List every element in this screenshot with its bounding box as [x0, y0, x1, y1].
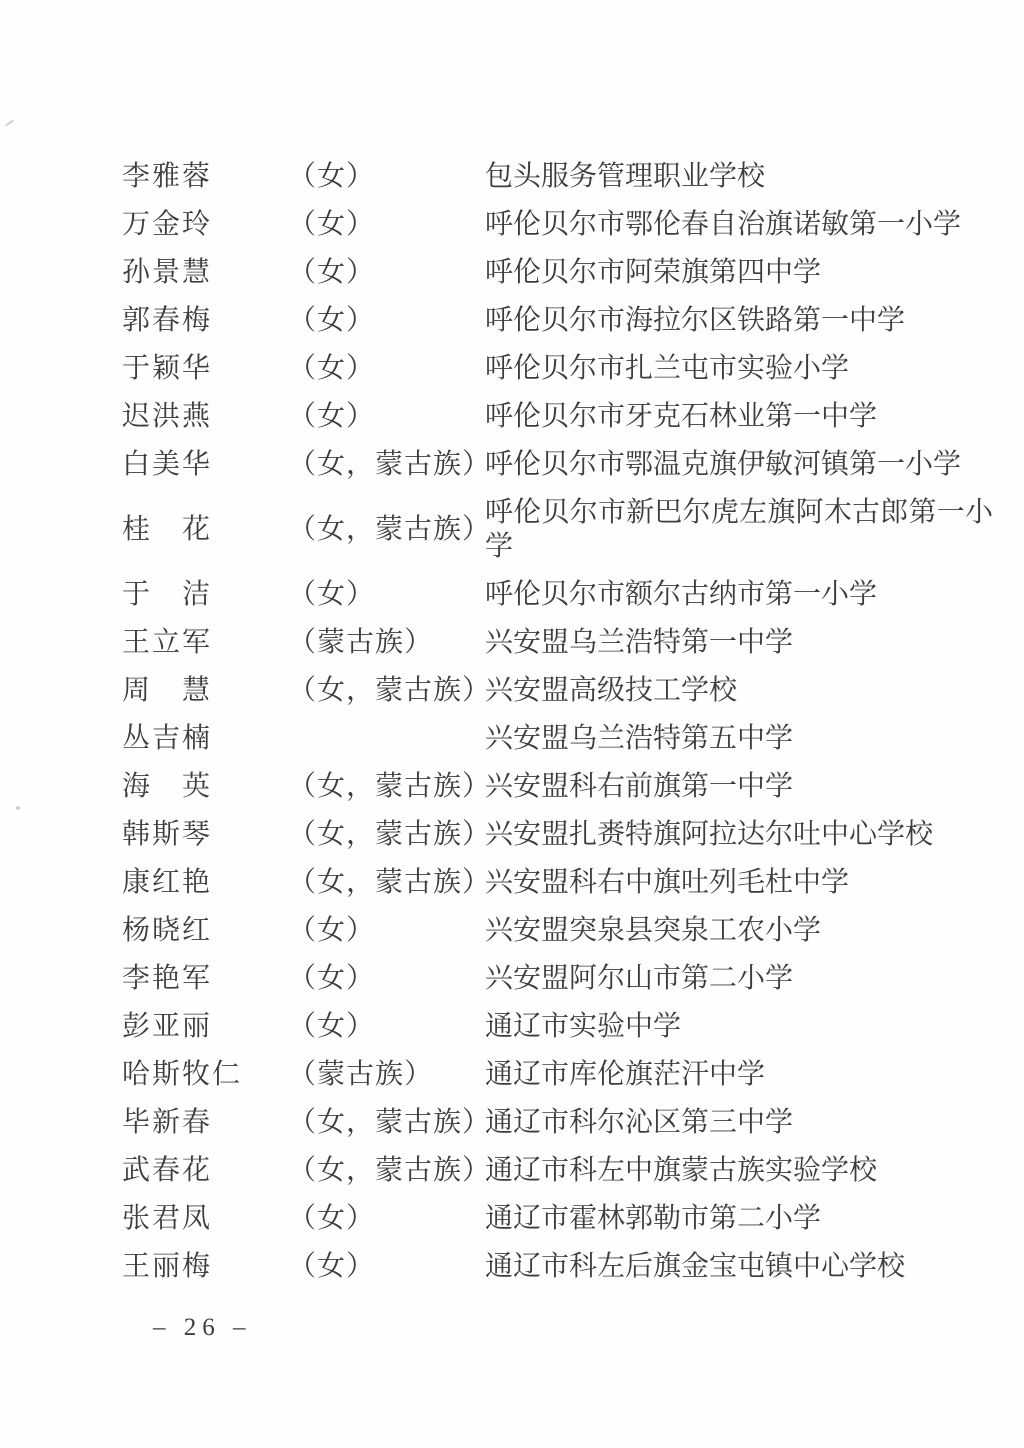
school-name: 呼伦贝尔市海拉尔区铁路第一中学 — [485, 304, 993, 338]
person-name: 张君凤 — [122, 1202, 288, 1236]
roster-row: 于颖华 （女） 呼伦贝尔市扎兰屯市实验小学 — [122, 352, 1008, 386]
school-name: 呼伦贝尔市扎兰屯市实验小学 — [485, 352, 993, 386]
roster-row: 白美华 （女，蒙古族） 呼伦贝尔市鄂温克旗伊敏河镇第一小学 — [122, 448, 1008, 482]
person-name: 杨晓红 — [122, 914, 288, 948]
gender-ethnicity-annotation: （女） — [288, 914, 485, 948]
person-name: 周 慧 — [122, 674, 288, 708]
school-name: 兴安盟乌兰浩特第五中学 — [485, 722, 993, 756]
person-name: 丛吉楠 — [122, 722, 288, 756]
school-name: 兴安盟乌兰浩特第一中学 — [485, 626, 993, 660]
roster-row: 于 洁 （女） 呼伦贝尔市额尔古纳市第一小学 — [122, 578, 1008, 612]
gender-ethnicity-annotation: （女，蒙古族） — [288, 448, 485, 482]
school-name: 通辽市科尔沁区第三中学 — [485, 1106, 993, 1140]
roster-row: 迟洪燕 （女） 呼伦贝尔市牙克石林业第一中学 — [122, 400, 1008, 434]
gender-ethnicity-annotation: （女，蒙古族） — [288, 770, 485, 804]
school-name: 通辽市霍林郭勒市第二小学 — [485, 1202, 993, 1236]
gender-ethnicity-annotation: （女，蒙古族） — [288, 1154, 485, 1188]
person-name: 武春花 — [122, 1154, 288, 1188]
gender-ethnicity-annotation: （女） — [288, 1250, 485, 1284]
roster-row: 丛吉楠 兴安盟乌兰浩特第五中学 — [122, 722, 1008, 756]
person-name: 于颖华 — [122, 352, 288, 386]
page-number: – 26 – — [153, 1314, 252, 1342]
roster-row: 张君凤 （女） 通辽市霍林郭勒市第二小学 — [122, 1202, 1008, 1236]
school-name: 兴安盟阿尔山市第二小学 — [485, 962, 993, 996]
gender-ethnicity-annotation: （女） — [288, 1202, 485, 1236]
person-name: 于 洁 — [122, 578, 288, 612]
roster-row: 王丽梅 （女） 通辽市科左后旗金宝屯镇中心学校 — [122, 1250, 1008, 1284]
school-name: 呼伦贝尔市额尔古纳市第一小学 — [485, 578, 993, 612]
school-name: 呼伦贝尔市牙克石林业第一中学 — [485, 400, 993, 434]
person-name: 海 英 — [122, 770, 288, 804]
roster-row: 彭亚丽 （女） 通辽市实验中学 — [122, 1010, 1008, 1044]
gender-ethnicity-annotation: （蒙古族） — [288, 626, 485, 660]
school-name: 通辽市库伦旗茫汗中学 — [485, 1058, 993, 1092]
gender-ethnicity-annotation: （女） — [288, 578, 485, 612]
person-name: 万金玲 — [122, 208, 288, 242]
person-name: 白美华 — [122, 448, 288, 482]
roster-row: 李艳军 （女） 兴安盟阿尔山市第二小学 — [122, 962, 1008, 996]
roster-row: 李雅蓉 （女） 包头服务管理职业学校 — [122, 160, 1008, 194]
roster-row: 哈斯牧仁 （蒙古族） 通辽市库伦旗茫汗中学 — [122, 1058, 1008, 1092]
gender-ethnicity-annotation: （女） — [288, 352, 485, 386]
gender-ethnicity-annotation: （女，蒙古族） — [288, 866, 485, 900]
gender-ethnicity-annotation: （女，蒙古族） — [288, 1106, 485, 1140]
gender-ethnicity-annotation: （女） — [288, 400, 485, 434]
gender-ethnicity-annotation: （女，蒙古族） — [288, 513, 485, 547]
roster-row: 海 英 （女，蒙古族） 兴安盟科右前旗第一中学 — [122, 770, 1008, 804]
person-name: 王立军 — [122, 626, 288, 660]
person-name: 李雅蓉 — [122, 160, 288, 194]
school-name: 包头服务管理职业学校 — [485, 160, 993, 194]
person-name: 迟洪燕 — [122, 400, 288, 434]
roster-row: 万金玲 （女） 呼伦贝尔市鄂伦春自治旗诺敏第一小学 — [122, 208, 1008, 242]
roster-list: 李雅蓉 （女） 包头服务管理职业学校 万金玲 （女） 呼伦贝尔市鄂伦春自治旗诺敏… — [122, 160, 1008, 1298]
roster-row: 孙景慧 （女） 呼伦贝尔市阿荣旗第四中学 — [122, 256, 1008, 290]
school-name: 通辽市实验中学 — [485, 1010, 993, 1044]
scan-artifact — [16, 806, 20, 810]
roster-row: 桂 花 （女，蒙古族） 呼伦贝尔市新巴尔虎左旗阿木古郎第一小学 — [122, 496, 1008, 564]
scanned-page: 李雅蓉 （女） 包头服务管理职业学校 万金玲 （女） 呼伦贝尔市鄂伦春自治旗诺敏… — [0, 0, 1024, 1448]
person-name: 郭春梅 — [122, 304, 288, 338]
school-name: 兴安盟扎赉特旗阿拉达尔吐中心学校 — [485, 818, 993, 852]
person-name: 李艳军 — [122, 962, 288, 996]
person-name: 毕新春 — [122, 1106, 288, 1140]
roster-row: 康红艳 （女，蒙古族） 兴安盟科右中旗吐列毛杜中学 — [122, 866, 1008, 900]
school-name: 呼伦贝尔市阿荣旗第四中学 — [485, 256, 993, 290]
gender-ethnicity-annotation: （女） — [288, 304, 485, 338]
gender-ethnicity-annotation: （蒙古族） — [288, 1058, 485, 1092]
school-name: 呼伦贝尔市鄂伦春自治旗诺敏第一小学 — [485, 208, 993, 242]
school-name: 通辽市科左后旗金宝屯镇中心学校 — [485, 1250, 993, 1284]
roster-row: 杨晓红 （女） 兴安盟突泉县突泉工农小学 — [122, 914, 1008, 948]
school-name: 通辽市科左中旗蒙古族实验学校 — [485, 1154, 993, 1188]
school-name: 兴安盟高级技工学校 — [485, 674, 993, 708]
gender-ethnicity-annotation: （女，蒙古族） — [288, 674, 485, 708]
roster-row: 武春花 （女，蒙古族） 通辽市科左中旗蒙古族实验学校 — [122, 1154, 1008, 1188]
gender-ethnicity-annotation: （女，蒙古族） — [288, 818, 485, 852]
gender-ethnicity-annotation: （女） — [288, 160, 485, 194]
person-name: 桂 花 — [122, 513, 288, 547]
person-name: 孙景慧 — [122, 256, 288, 290]
school-name: 呼伦贝尔市新巴尔虎左旗阿木古郎第一小学 — [485, 496, 993, 564]
school-name: 呼伦贝尔市鄂温克旗伊敏河镇第一小学 — [485, 448, 993, 482]
gender-ethnicity-annotation: （女） — [288, 962, 485, 996]
gender-ethnicity-annotation: （女） — [288, 256, 485, 290]
school-name: 兴安盟科右中旗吐列毛杜中学 — [485, 866, 993, 900]
roster-row: 韩斯琴 （女，蒙古族） 兴安盟扎赉特旗阿拉达尔吐中心学校 — [122, 818, 1008, 852]
person-name: 康红艳 — [122, 866, 288, 900]
school-name: 兴安盟科右前旗第一中学 — [485, 770, 993, 804]
person-name: 哈斯牧仁 — [122, 1058, 288, 1092]
person-name: 韩斯琴 — [122, 818, 288, 852]
scan-artifact — [5, 120, 14, 127]
roster-row: 郭春梅 （女） 呼伦贝尔市海拉尔区铁路第一中学 — [122, 304, 1008, 338]
gender-ethnicity-annotation: （女） — [288, 208, 485, 242]
person-name: 彭亚丽 — [122, 1010, 288, 1044]
school-name: 兴安盟突泉县突泉工农小学 — [485, 914, 993, 948]
gender-ethnicity-annotation: （女） — [288, 1010, 485, 1044]
roster-row: 周 慧 （女，蒙古族） 兴安盟高级技工学校 — [122, 674, 1008, 708]
roster-row: 王立军 （蒙古族） 兴安盟乌兰浩特第一中学 — [122, 626, 1008, 660]
person-name: 王丽梅 — [122, 1250, 288, 1284]
roster-row: 毕新春 （女，蒙古族） 通辽市科尔沁区第三中学 — [122, 1106, 1008, 1140]
